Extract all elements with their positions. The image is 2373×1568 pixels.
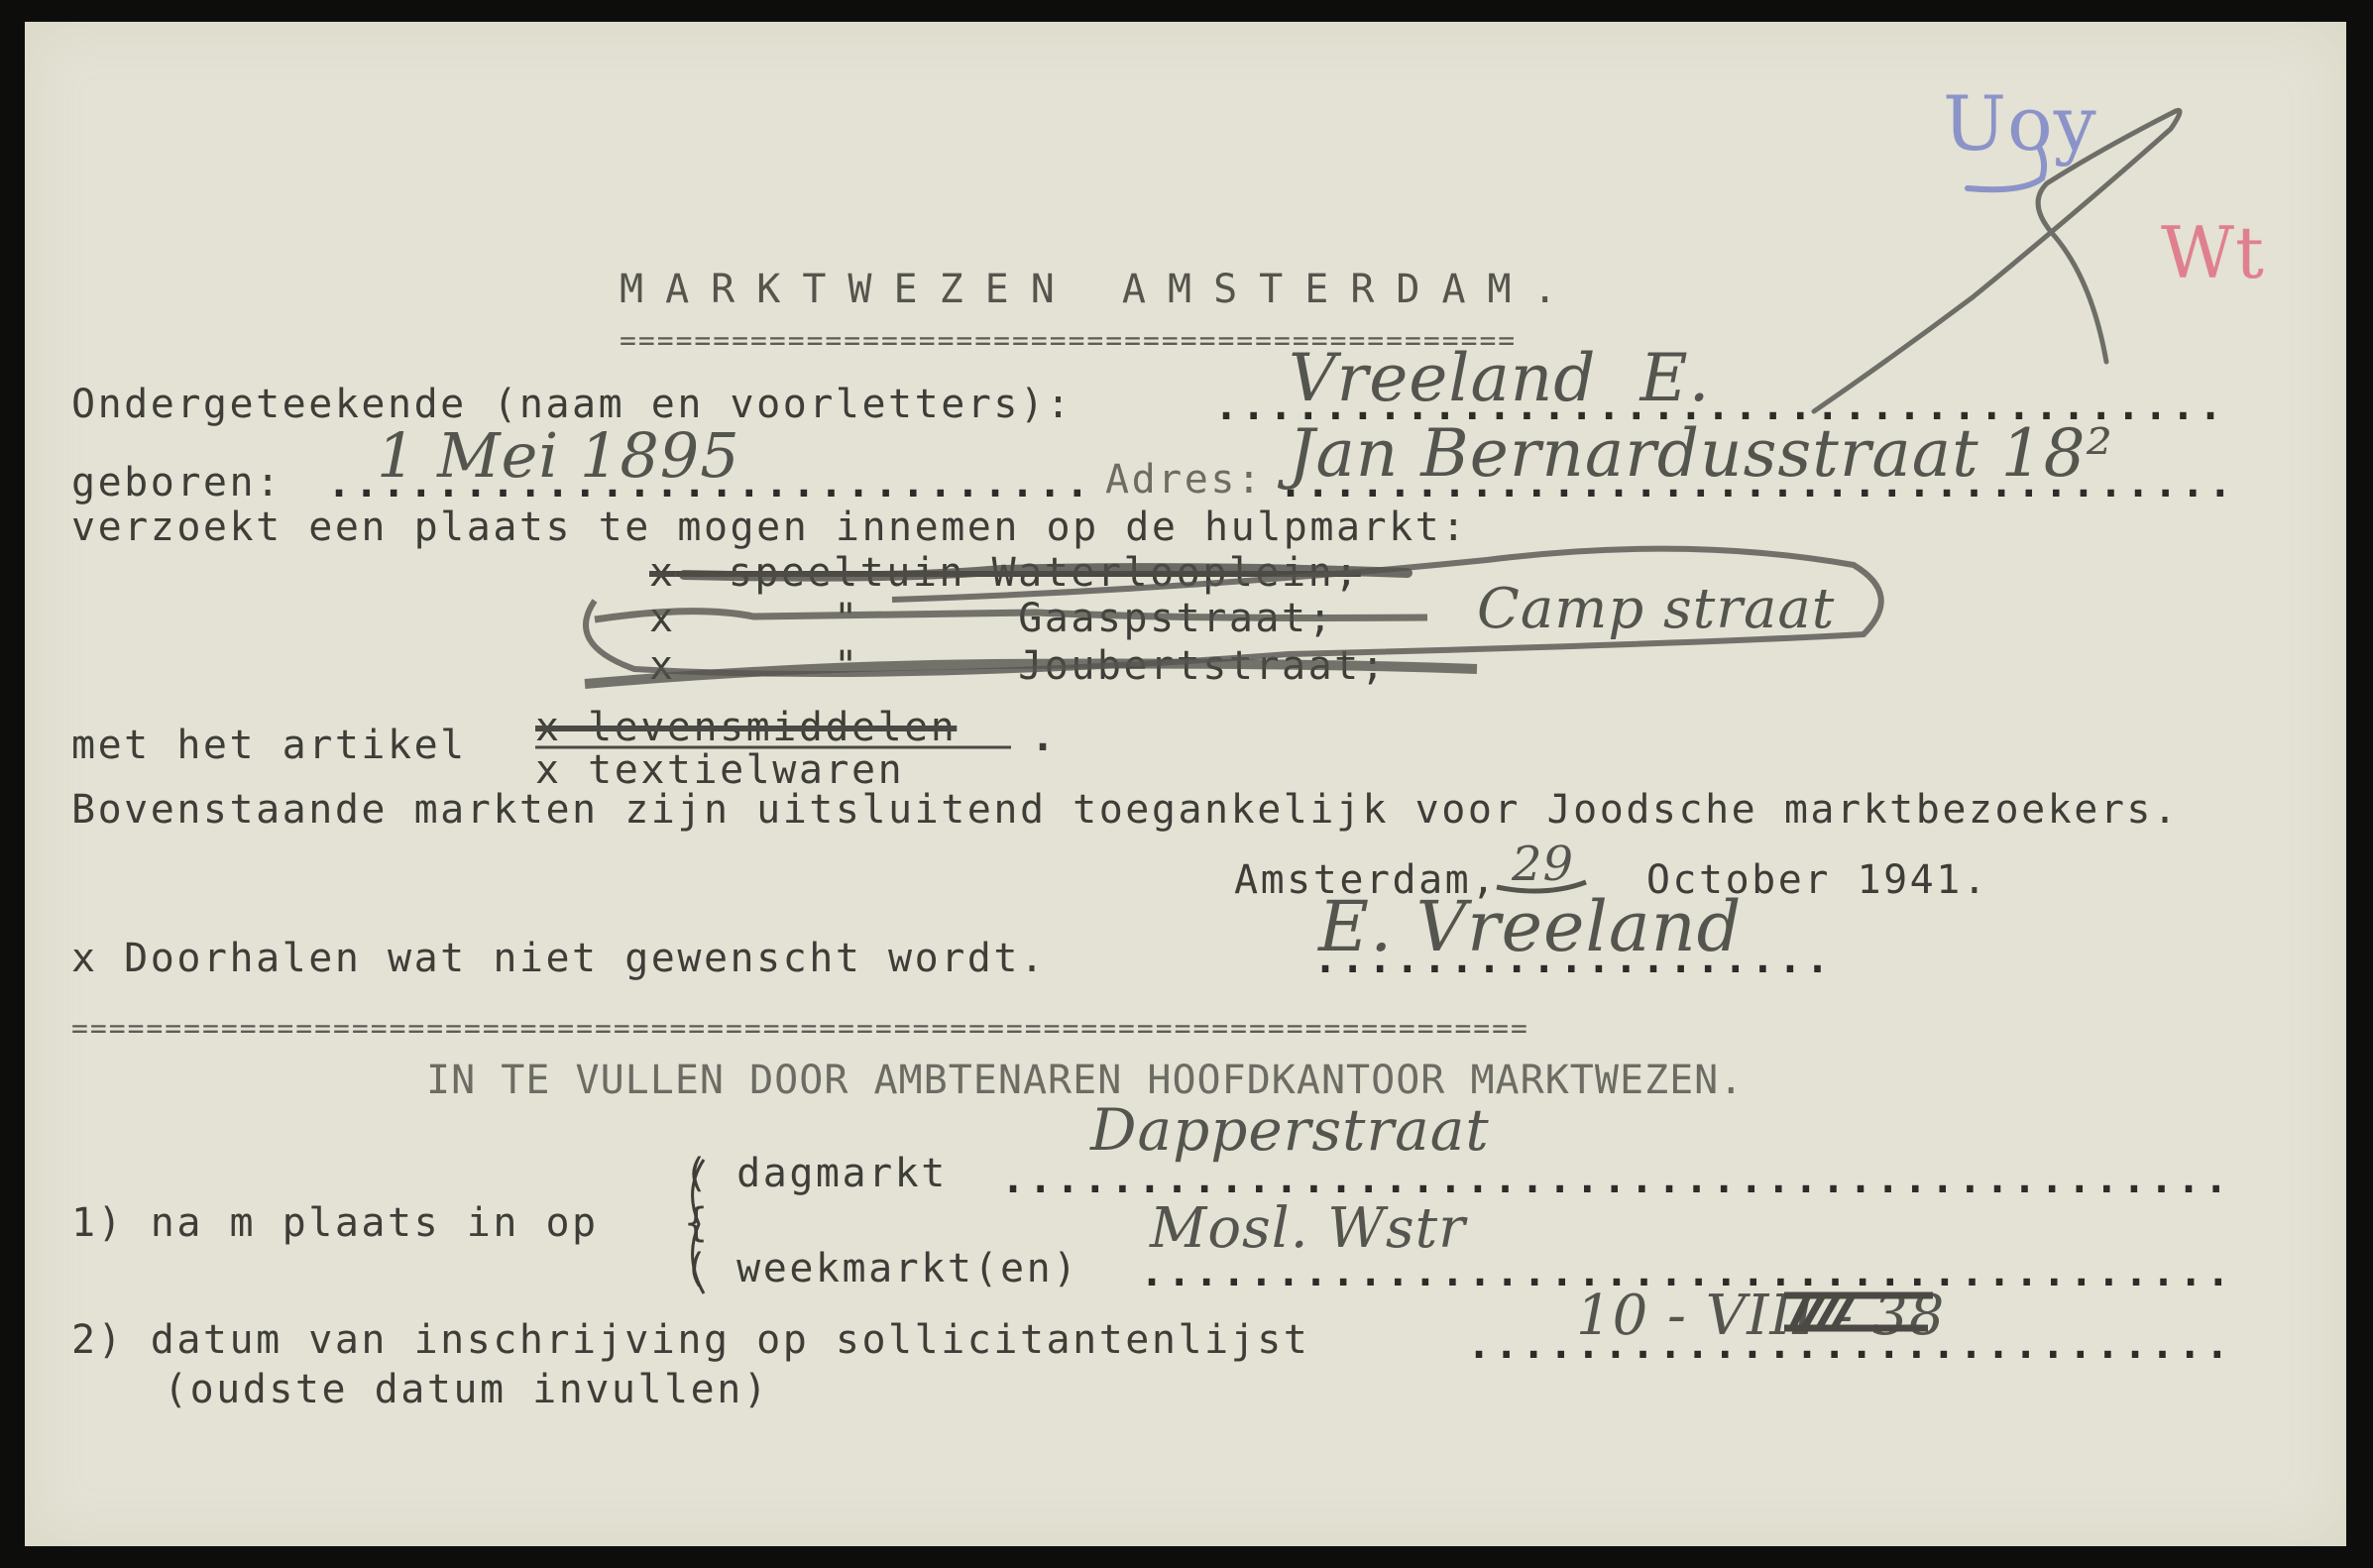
article-option-textile: x textielwaren — [535, 748, 904, 792]
signature[interactable]: E. Vreeland — [1318, 897, 1742, 956]
address-label: Adres: — [1105, 458, 1264, 502]
request-text: verzoekt een plaats te mogen innemen op … — [71, 505, 1468, 549]
weekmarkt-label: ( weekmarkt(en) — [684, 1247, 1079, 1290]
market-option-1: x speeltuin Waterlooplein; — [649, 551, 1361, 595]
footnote: x Doorhalen wat niet gewenscht wordt. — [71, 937, 1047, 980]
article-label: met het artikel — [71, 724, 467, 767]
dagmarkt-label: ( dagmarkt — [684, 1152, 948, 1195]
office-header: IN TE VULLEN DOOR AMBTENAREN HOOFDKANTOO… — [426, 1059, 1744, 1102]
born-value[interactable]: 1 Mei 1895 — [377, 426, 740, 486]
item2-sub: (oudste datum invullen) — [164, 1368, 769, 1411]
item2-label: 2) datum van inschrijving op sollicitant… — [71, 1318, 1309, 1362]
notice-text: Bovenstaande markten zijn uitsluitend to… — [71, 788, 2180, 832]
dagmarkt-value[interactable]: Dapperstraat — [1090, 1100, 1490, 1160]
weekmarkt-value[interactable]: Mosl. Wstr — [1150, 1199, 1466, 1259]
market-handwritten[interactable]: Camp straat — [1477, 580, 1835, 639]
item2-value[interactable]: 10 - VIII - 38 — [1576, 1287, 1945, 1346]
red-initials: Wt — [2161, 223, 2265, 282]
brace-middle: { — [684, 1201, 711, 1245]
blue-initials: Uoy — [1943, 94, 2097, 154]
section-separator: ========================================… — [71, 1019, 2262, 1039]
item1-label: 1) na m plaats in op — [71, 1201, 599, 1245]
document-title: MARKTWEZEN AMSTERDAM. — [620, 268, 1579, 311]
address-value[interactable]: Jan Bernardusstraat 18² — [1289, 424, 2113, 484]
market-option-2: x " Gaaspstraat; — [649, 597, 1334, 640]
market-option-3: x " Joubertstraat; — [649, 644, 1387, 688]
dagmarkt-dotted-line: ........................................… — [1001, 1158, 2235, 1201]
born-label: geboren: — [71, 461, 282, 504]
article-option-food: x levensmiddelen — [535, 706, 957, 749]
date-day-handwritten[interactable]: 29 — [1512, 835, 1574, 894]
article-terminator: . — [1031, 716, 1058, 759]
name-value[interactable]: Vreeland E. — [1289, 349, 1711, 408]
